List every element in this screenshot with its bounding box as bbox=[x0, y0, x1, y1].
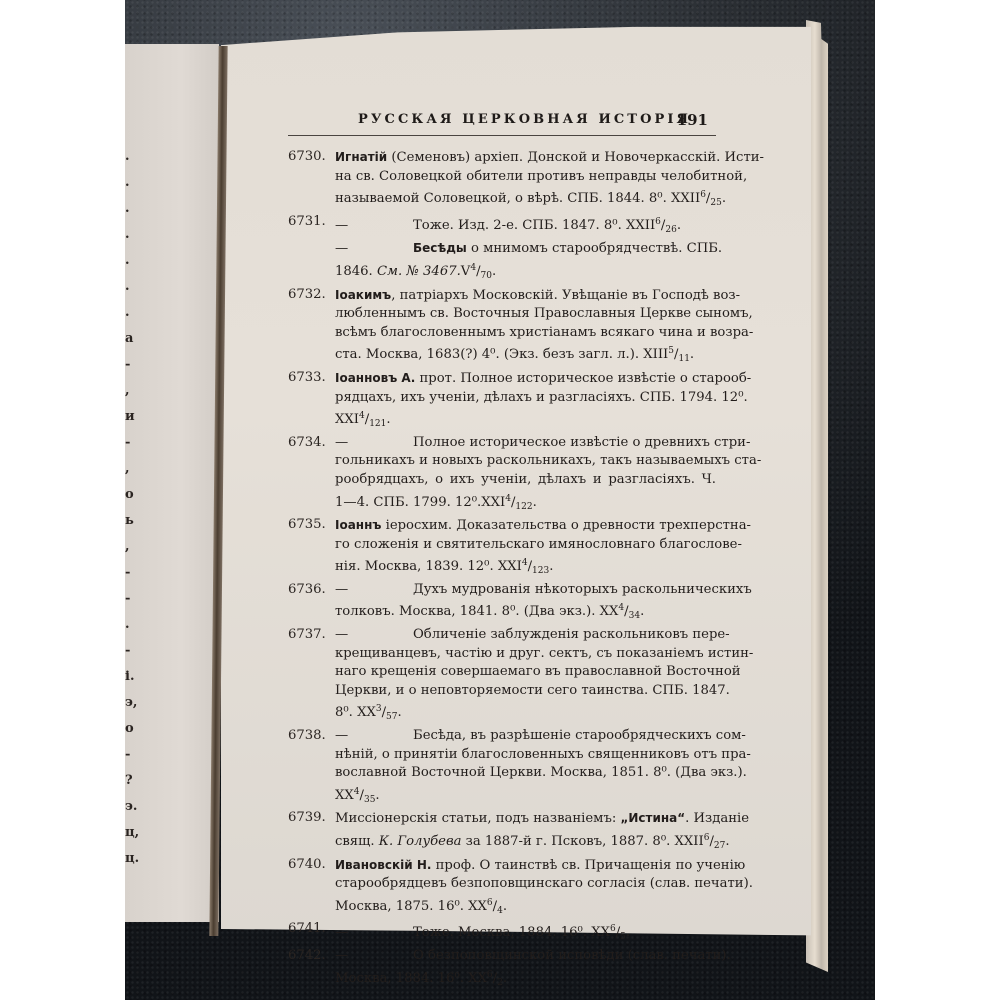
shelf-main: XX bbox=[335, 788, 354, 803]
shelf-period: . bbox=[677, 218, 681, 233]
bibliography-entry: 6741.—Тоже. Москва, 1884. 16⁰. XX6/5. bbox=[288, 920, 716, 947]
shelf-main: XX bbox=[600, 604, 619, 619]
entry-text: крещиванцевъ, частію и друг. сектъ, съ п… bbox=[335, 646, 753, 661]
entry-text: рядцахъ, ихъ ученіи, дѣлахъ и разгласіях… bbox=[335, 390, 748, 405]
left-page-text-fragment: - bbox=[125, 643, 130, 658]
entry-line: крещиванцевъ, частію и друг. сектъ, съ п… bbox=[288, 645, 716, 664]
entry-text: любленнымъ св. Восточныя Православныя Це… bbox=[335, 306, 753, 321]
left-page-text-fragment: - bbox=[125, 591, 130, 606]
entry-line: Церкви, и о неповторяемости сего таинств… bbox=[288, 682, 716, 701]
bibliography-entries: 6730.Игнатій (Семеновъ) архіеп. Донской … bbox=[288, 148, 716, 992]
entry-text: Тоже. Москва, 1884. 16⁰. bbox=[413, 925, 591, 940]
shelf-main: XX bbox=[357, 705, 376, 720]
left-page-text-fragment: . bbox=[125, 305, 130, 320]
shelf-sub: 35 bbox=[364, 795, 375, 805]
entry-text: гольникахъ и новыхъ раскольникахъ, такъ … bbox=[335, 453, 761, 468]
entry-text: Тоже. Изд. 2-е. СПБ. 1847. 8⁰. bbox=[413, 218, 626, 233]
left-page-text-fragment: . bbox=[125, 279, 130, 294]
shelf-main: XXII bbox=[626, 218, 655, 233]
shelf-period: . bbox=[503, 899, 507, 914]
entry-line: Москва, 1875. 16⁰. XX6/4. bbox=[288, 894, 716, 921]
entry-line: —О безпоповщинской исповѣди (слав. печат… bbox=[335, 947, 716, 966]
author-name: Іоанновъ А. bbox=[335, 371, 415, 385]
shelf-main: XIII bbox=[643, 347, 668, 362]
running-head: РУССКАЯ ЦЕРКОВНАЯ ИСТОРІЯ 191 bbox=[288, 112, 716, 132]
left-page-text-fragment: а bbox=[125, 331, 133, 346]
shelf-sub: 122 bbox=[515, 502, 532, 512]
entry-text: нія. Москва, 1839. 12⁰. bbox=[335, 559, 498, 574]
entry-line: Іоаннъ іеросхим. Доказательства о древно… bbox=[335, 516, 716, 536]
shelf-mark: XXII6/26. bbox=[626, 218, 681, 233]
entry-text: наго крещенія совершаемаго въ православн… bbox=[335, 664, 741, 679]
italic-reference: К. Голубева bbox=[379, 834, 462, 849]
entry-line: —Духъ мудрованія нѣкоторыхъ раскольничес… bbox=[335, 581, 716, 600]
repeat-author-dash: — bbox=[335, 626, 413, 645]
entry-text: нѣній, о принятіи благословенныхъ священ… bbox=[335, 747, 751, 762]
left-page-text-fragment: - bbox=[125, 435, 130, 450]
author-name: Игнатій bbox=[335, 150, 387, 164]
entry-text: прот. Полное историческое извѣстіе о ста… bbox=[415, 371, 751, 386]
repeat-author-dash: — bbox=[335, 947, 413, 966]
entry-text: за 1887-й г. Псковъ, 1887. 8⁰. bbox=[461, 834, 674, 849]
entry-line: всѣмъ благословеннымъ христіанамъ всякаг… bbox=[288, 324, 716, 343]
shelf-sub: 34 bbox=[629, 611, 640, 621]
entry-line: ста. Москва, 1683(?) 4⁰. (Экз. безъ загл… bbox=[288, 342, 716, 369]
entry-line: Іоакимъ, патріархъ Московскій. Увѣщаніе … bbox=[335, 286, 716, 306]
entry-line: —Тоже. Москва, 1884. 16⁰. XX6/5. bbox=[335, 920, 716, 947]
bibliography-entry: 6742.—О безпоповщинской исповѣди (слав. … bbox=[288, 947, 716, 992]
left-page-text-fragment: , bbox=[125, 461, 130, 476]
left-page-text-fragment: і. bbox=[125, 669, 134, 684]
entry-line: 1—4. СПБ. 1799. 12⁰.XXI4/122. bbox=[288, 490, 716, 517]
entry-line: —Обличеніе заблужденія раскольниковъ пер… bbox=[335, 626, 716, 645]
shelf-period: . bbox=[549, 559, 553, 574]
entry-line: Москва, 1884. 16⁰. XX6/2. bbox=[288, 966, 716, 993]
shelf-mark: XXI4/121. bbox=[335, 412, 391, 427]
entry-text: на св. Соловецкой обители противъ неправ… bbox=[335, 169, 747, 184]
shelf-main: XXI bbox=[335, 412, 359, 427]
work-title: „Истина“ bbox=[620, 811, 685, 825]
author-name: Іоаннъ bbox=[335, 518, 381, 532]
shelf-main: XX bbox=[468, 971, 487, 986]
entry-line: толковъ. Москва, 1841. 8⁰. (Два экз.). X… bbox=[288, 599, 716, 626]
entry-text: Духъ мудрованія нѣкоторыхъ раскольническ… bbox=[413, 582, 752, 597]
repeat-author-dash: — bbox=[335, 581, 413, 600]
shelf-main: XX bbox=[468, 899, 487, 914]
bibliography-entry: 6740.Ивановскій Н. проф. О таинствѣ св. … bbox=[288, 856, 716, 921]
shelf-period: . bbox=[397, 705, 401, 720]
bibliography-entry: 6731.—Тоже. Изд. 2-е. СПБ. 1847. 8⁰. XXI… bbox=[288, 213, 716, 240]
repeat-author-dash: — bbox=[335, 217, 413, 236]
entry-line: го сложенія и святительскаго имянословна… bbox=[288, 536, 716, 555]
left-page-text-fragment: , bbox=[125, 539, 130, 554]
entry-line: —Тоже. Изд. 2-е. СПБ. 1847. 8⁰. XXII6/26… bbox=[335, 213, 716, 240]
entry-text: 1846. bbox=[335, 264, 377, 279]
repeat-author-dash: — bbox=[335, 434, 413, 453]
entry-number: 6737. bbox=[288, 626, 333, 645]
entry-line: XXI4/121. bbox=[288, 407, 716, 434]
left-page-text-fragment: - bbox=[125, 357, 130, 372]
left-page-text-fragment: . bbox=[125, 227, 130, 242]
shelf-period: . bbox=[386, 412, 390, 427]
shelf-mark: XX4/34. bbox=[600, 604, 645, 619]
entry-text: называемой Соловецкой, о вѣрѣ. СПБ. 1844… bbox=[335, 191, 671, 206]
entry-text: О безпоповщинской исповѣди (слав. печати… bbox=[413, 948, 731, 963]
entry-line: рядцахъ, ихъ ученіи, дѣлахъ и разгласіях… bbox=[288, 389, 716, 408]
left-page-text-fragment: . bbox=[125, 201, 130, 216]
entry-line: Іоанновъ А. прот. Полное историческое из… bbox=[335, 369, 716, 389]
shelf-sub: 26 bbox=[665, 225, 676, 235]
entry-line: любленнымъ св. Восточныя Православныя Це… bbox=[288, 305, 716, 324]
entry-line: наго крещенія совершаемаго въ православн… bbox=[288, 663, 716, 682]
left-page-text-fragment: ц, bbox=[125, 825, 139, 840]
shelf-mark: XXI4/123. bbox=[498, 559, 554, 574]
entry-number: 6741. bbox=[288, 920, 333, 939]
left-page-text-fragment: о bbox=[125, 487, 134, 502]
entry-text: іеросхим. Доказательства о древности тре… bbox=[381, 518, 751, 533]
left-page-text-fragment: . bbox=[125, 253, 130, 268]
shelf-period: . bbox=[722, 191, 726, 206]
left-page-text-fragment: ь bbox=[125, 513, 134, 528]
shelf-mark: XX4/35. bbox=[335, 788, 380, 803]
bibliography-entry: —Бесѣды о мнимомъ старообрядчествѣ. СПБ.… bbox=[288, 239, 716, 285]
shelf-mark: XX3/57. bbox=[357, 705, 402, 720]
entry-number: 6735. bbox=[288, 516, 333, 535]
entry-text: Москва, 1884. 16⁰. bbox=[335, 971, 468, 986]
shelf-mark: V4/70. bbox=[461, 264, 496, 279]
shelf-mark: XXII6/27. bbox=[675, 834, 730, 849]
entry-line: XX4/35. bbox=[288, 783, 716, 810]
shelf-main: XXI bbox=[498, 559, 522, 574]
bibliography-entry: 6735.Іоаннъ іеросхим. Доказательства о д… bbox=[288, 516, 716, 581]
shelf-main: XXII bbox=[671, 191, 700, 206]
shelf-period: . bbox=[626, 925, 630, 940]
left-page-text-fragment: . bbox=[125, 149, 130, 164]
left-page-text-fragment: . bbox=[125, 617, 130, 632]
entry-line: —Полное историческое извѣстіе о древнихъ… bbox=[335, 434, 716, 453]
left-page-text-fragment: ? bbox=[125, 773, 133, 788]
shelf-mark: XXI4/122. bbox=[481, 495, 537, 510]
left-page-text-fragment: . bbox=[125, 175, 130, 190]
shelf-mark: XXII6/25. bbox=[671, 191, 726, 206]
entry-text: толковъ. Москва, 1841. 8⁰. (Два экз.). bbox=[335, 604, 600, 619]
shelf-period: . bbox=[725, 834, 729, 849]
left-page-text-fragment: - bbox=[125, 747, 130, 762]
entry-line: Игнатій (Семеновъ) архіеп. Донской и Нов… bbox=[335, 148, 716, 168]
entry-text: 8⁰. bbox=[335, 705, 357, 720]
left-page-text-fragment: , bbox=[125, 383, 130, 398]
entry-number: 6740. bbox=[288, 856, 333, 875]
shelf-period: . bbox=[375, 788, 379, 803]
entry-text: свящ. bbox=[335, 834, 379, 849]
entry-text: Обличеніе заблужденія раскольниковъ пере… bbox=[413, 627, 730, 642]
entry-text: 1—4. СПБ. 1799. 12⁰. bbox=[335, 495, 481, 510]
entry-number: 6730. bbox=[288, 148, 333, 167]
entry-text: проф. О таинствѣ св. Причащенія по учені… bbox=[431, 858, 745, 873]
shelf-sub: 121 bbox=[369, 419, 386, 429]
shelf-period: . bbox=[690, 347, 694, 362]
entry-number: 6742. bbox=[288, 947, 333, 966]
entry-line: нія. Москва, 1839. 12⁰. XXI4/123. bbox=[288, 554, 716, 581]
shelf-period: . bbox=[492, 264, 496, 279]
entry-text: Москва, 1875. 16⁰. bbox=[335, 899, 468, 914]
shelf-mark: XX6/4. bbox=[468, 899, 507, 914]
left-page-edge: .......а-,и-,оь,--.-і.э,о-?э.ц,ц. bbox=[125, 44, 219, 922]
entry-text: ста. Москва, 1683(?) 4⁰. (Экз. безъ загл… bbox=[335, 347, 643, 362]
shelf-sub: 25 bbox=[710, 198, 721, 208]
entry-text: , патріархъ Московскій. Увѣщаніе въ Госп… bbox=[391, 288, 740, 303]
entry-number: 6738. bbox=[288, 727, 333, 746]
entry-text: Миссіонерскія статьи, подъ названіемъ: bbox=[335, 811, 620, 826]
entry-text: Полное историческое извѣстіе о древнихъ … bbox=[413, 435, 750, 450]
author-name: Іоакимъ bbox=[335, 288, 391, 302]
work-title: Бесѣды bbox=[413, 241, 467, 255]
left-page-text-fragment: и bbox=[125, 409, 135, 424]
entry-line: —Бесѣда, въ разрѣшеніе старообрядческихъ… bbox=[335, 727, 716, 746]
entry-line: свящ. К. Голубева за 1887-й г. Псковъ, 1… bbox=[288, 829, 716, 856]
page-number: 191 bbox=[677, 111, 708, 129]
entry-line: нѣній, о принятіи благословенныхъ священ… bbox=[288, 746, 716, 765]
entry-number: 6731. bbox=[288, 213, 333, 232]
left-page-text-fragment: о bbox=[125, 721, 134, 736]
entry-text: Церкви, и о неповторяемости сего таинств… bbox=[335, 683, 730, 698]
entry-text: го сложенія и святительскаго имянословна… bbox=[335, 537, 742, 552]
bibliography-entry: 6737.—Обличеніе заблужденія раскольников… bbox=[288, 626, 716, 727]
entry-number: 6734. bbox=[288, 434, 333, 453]
shelf-main: XX bbox=[591, 925, 610, 940]
left-page-text-fragment: - bbox=[125, 565, 130, 580]
entry-line: старообрядцевъ безпоповщинскаго согласія… bbox=[288, 875, 716, 894]
author-name: Ивановскій Н. bbox=[335, 858, 431, 872]
shelf-period: . bbox=[533, 495, 537, 510]
entry-text: о мнимомъ старообрядчествѣ. СПБ. bbox=[467, 241, 722, 256]
shelf-sub: 70 bbox=[481, 271, 492, 281]
bibliography-entry: 6738.—Бесѣда, въ разрѣшеніе старообрядче… bbox=[288, 727, 716, 809]
left-page-text-fragment: э. bbox=[125, 799, 137, 814]
repeat-author-dash: — bbox=[335, 240, 413, 259]
repeat-author-dash: — bbox=[335, 924, 413, 943]
bibliography-entry: 6732.Іоакимъ, патріархъ Московскій. Увѣщ… bbox=[288, 286, 716, 369]
entry-number: 6736. bbox=[288, 581, 333, 600]
shelf-main: XXI bbox=[481, 495, 505, 510]
entry-line: называемой Соловецкой, о вѣрѣ. СПБ. 1844… bbox=[288, 186, 716, 213]
shelf-mark: XX6/5. bbox=[591, 925, 630, 940]
bibliography-entry: 6733.Іоанновъ А. прот. Полное историческ… bbox=[288, 369, 716, 434]
running-title: РУССКАЯ ЦЕРКОВНАЯ ИСТОРІЯ bbox=[358, 112, 691, 127]
entry-text: вославной Восточной Церкви. Москва, 1851… bbox=[335, 765, 747, 780]
bibliography-entry: 6734.—Полное историческое извѣстіе о дре… bbox=[288, 434, 716, 516]
entry-number: 6739. bbox=[288, 809, 333, 828]
entry-text: (Семеновъ) архіеп. Донской и Новочеркасс… bbox=[387, 150, 764, 165]
shelf-mark: XIII5/11. bbox=[643, 347, 694, 362]
entry-line: гольникахъ и новыхъ раскольникахъ, такъ … bbox=[288, 452, 716, 471]
entry-line: 8⁰. XX3/57. bbox=[288, 700, 716, 727]
entry-number: 6733. bbox=[288, 369, 333, 388]
entry-text: Бесѣда, въ разрѣшеніе старообрядческихъ … bbox=[413, 728, 746, 743]
shelf-sub: 123 bbox=[532, 566, 549, 576]
shelf-mark: XX6/2. bbox=[468, 971, 507, 986]
shelf-main: V bbox=[461, 264, 471, 279]
shelf-period: . bbox=[503, 971, 507, 986]
entry-number: 6732. bbox=[288, 286, 333, 305]
shelf-period: . bbox=[640, 604, 644, 619]
shelf-sub: 11 bbox=[678, 354, 689, 364]
left-page-text-fragment: ц. bbox=[125, 851, 139, 866]
entry-line: на св. Соловецкой обители противъ неправ… bbox=[288, 168, 716, 187]
entry-line: Миссіонерскія статьи, подъ названіемъ: „… bbox=[335, 809, 716, 829]
bibliography-entry: 6736.—Духъ мудрованія нѣкоторыхъ расколь… bbox=[288, 581, 716, 626]
entry-line: 1846. См. № 3467.V4/70. bbox=[288, 259, 716, 286]
entry-line: —Бесѣды о мнимомъ старообрядчествѣ. СПБ. bbox=[335, 239, 716, 259]
shelf-main: XXII bbox=[675, 834, 704, 849]
entry-text: . Изданіе bbox=[685, 811, 749, 826]
entry-line: Ивановскій Н. проф. О таинствѣ св. Прича… bbox=[335, 856, 716, 876]
italic-reference: См. № 3467. bbox=[377, 264, 461, 279]
entry-text: всѣмъ благословеннымъ христіанамъ всякаг… bbox=[335, 325, 753, 340]
shelf-sub: 27 bbox=[714, 841, 725, 851]
left-page-text-fragment: э, bbox=[125, 695, 137, 710]
entry-line: вославной Восточной Церкви. Москва, 1851… bbox=[288, 764, 716, 783]
repeat-author-dash: — bbox=[335, 727, 413, 746]
header-rule bbox=[288, 135, 716, 136]
entry-line: рообрядцахъ, о ихъ ученіи, дѣлахъ и разг… bbox=[288, 471, 716, 490]
shelf-sub: 57 bbox=[386, 712, 397, 722]
entry-text: старообрядцевъ безпоповщинскаго согласія… bbox=[335, 876, 753, 891]
bibliography-entry: 6730.Игнатій (Семеновъ) архіеп. Донской … bbox=[288, 148, 716, 213]
bibliography-entry: 6739.Миссіонерскія статьи, подъ названіе… bbox=[288, 809, 716, 855]
entry-text: рообрядцахъ, о ихъ ученіи, дѣлахъ и разг… bbox=[335, 472, 716, 487]
